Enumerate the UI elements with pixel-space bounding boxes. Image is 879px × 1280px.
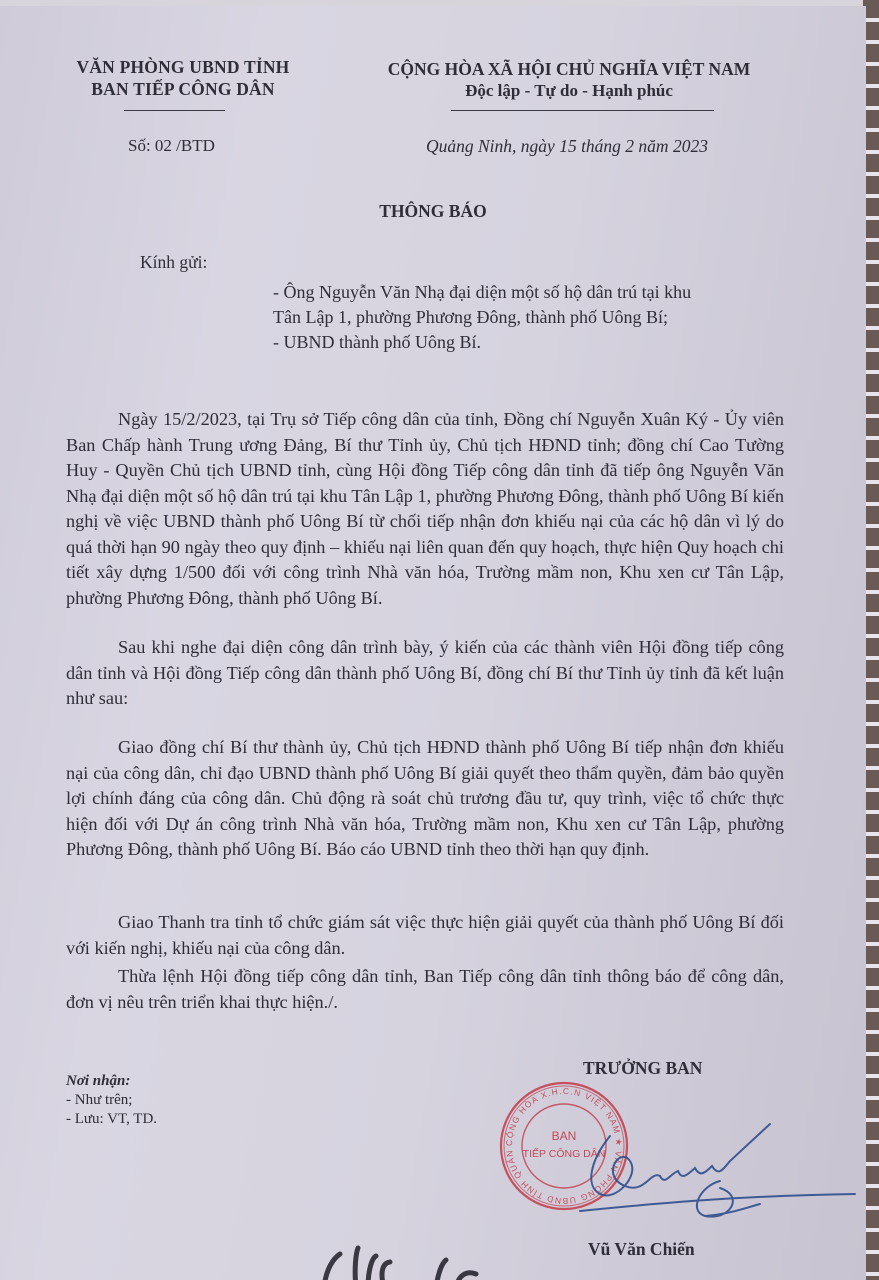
agency-line-2: BAN TIẾP CÔNG DÂN [48,78,318,100]
signer-position: TRƯỞNG BAN [583,1058,702,1079]
body-paragraph-1: Ngày 15/2/2023, tại Trụ sở Tiếp công dân… [66,407,784,611]
body-paragraph-4: Giao Thanh tra tỉnh tổ chức giám sát việ… [66,910,784,961]
body-paragraph-2: Sau khi nghe đại diện công dân trình bày… [66,635,784,712]
signer-name: Vũ Văn Chiến [588,1239,695,1260]
dateline: Quảng Ninh, ngày 15 tháng 2 năm 2023 [426,136,708,157]
recipients-block: Nơi nhận: - Như trên; - Lưu: VT, TD. [66,1072,157,1129]
document-page: VĂN PHÒNG UBND TỈNH BAN TIẾP CÔNG DÂN Số… [0,6,866,1280]
addressee-label: Kính gửi: [140,252,207,273]
recipient-item: - Lưu: VT, TD. [66,1110,157,1129]
national-title: CỘNG HÒA XÃ HỘI CHỦ NGHĨA VIỆT NAM [360,58,778,80]
addressee-line: Tân Lập 1, phường Phương Đông, thành phố… [273,305,691,330]
handwritten-signature-icon [570,1116,870,1226]
motto-underline [451,110,714,111]
body-paragraph-3: Giao đồng chí Bí thư thành ủy, Chủ tịch … [66,735,784,863]
addressee-line: - Ông Nguyễn Văn Nhạ đại diện một số hộ … [273,280,691,305]
body-paragraph-5: Thừa lệnh Hội đồng tiếp công dân tỉnh, B… [66,964,784,1015]
addressee-list: - Ông Nguyễn Văn Nhạ đại diện một số hộ … [273,280,691,355]
paragraph-text: Giao Thanh tra tỉnh tổ chức giám sát việ… [66,910,784,961]
agency-line-1: VĂN PHÒNG UBND TỈNH [48,56,318,78]
paragraph-text: Sau khi nghe đại diện công dân trình bày… [66,635,784,712]
agency-underline [124,110,225,111]
national-motto: Độc lập - Tự do - Hạnh phúc [360,80,778,102]
paragraph-text: Ngày 15/2/2023, tại Trụ sở Tiếp công dân… [66,407,784,611]
document-number: Số: 02 /BTD [128,136,215,156]
document-title: THÔNG BÁO [0,201,866,222]
finger-shadow-icon [316,1228,496,1280]
national-header: CỘNG HÒA XÃ HỘI CHỦ NGHĨA VIỆT NAM Độc l… [360,58,778,102]
addressee-line: - UBND thành phố Uông Bí. [273,330,691,355]
paragraph-text: Thừa lệnh Hội đồng tiếp công dân tỉnh, B… [66,964,784,1015]
recipient-item: - Như trên; [66,1091,157,1110]
paragraph-text: Giao đồng chí Bí thư thành ủy, Chủ tịch … [66,735,784,863]
issuing-agency: VĂN PHÒNG UBND TỈNH BAN TIẾP CÔNG DÂN [48,56,318,100]
recipients-label: Nơi nhận: [66,1072,157,1091]
